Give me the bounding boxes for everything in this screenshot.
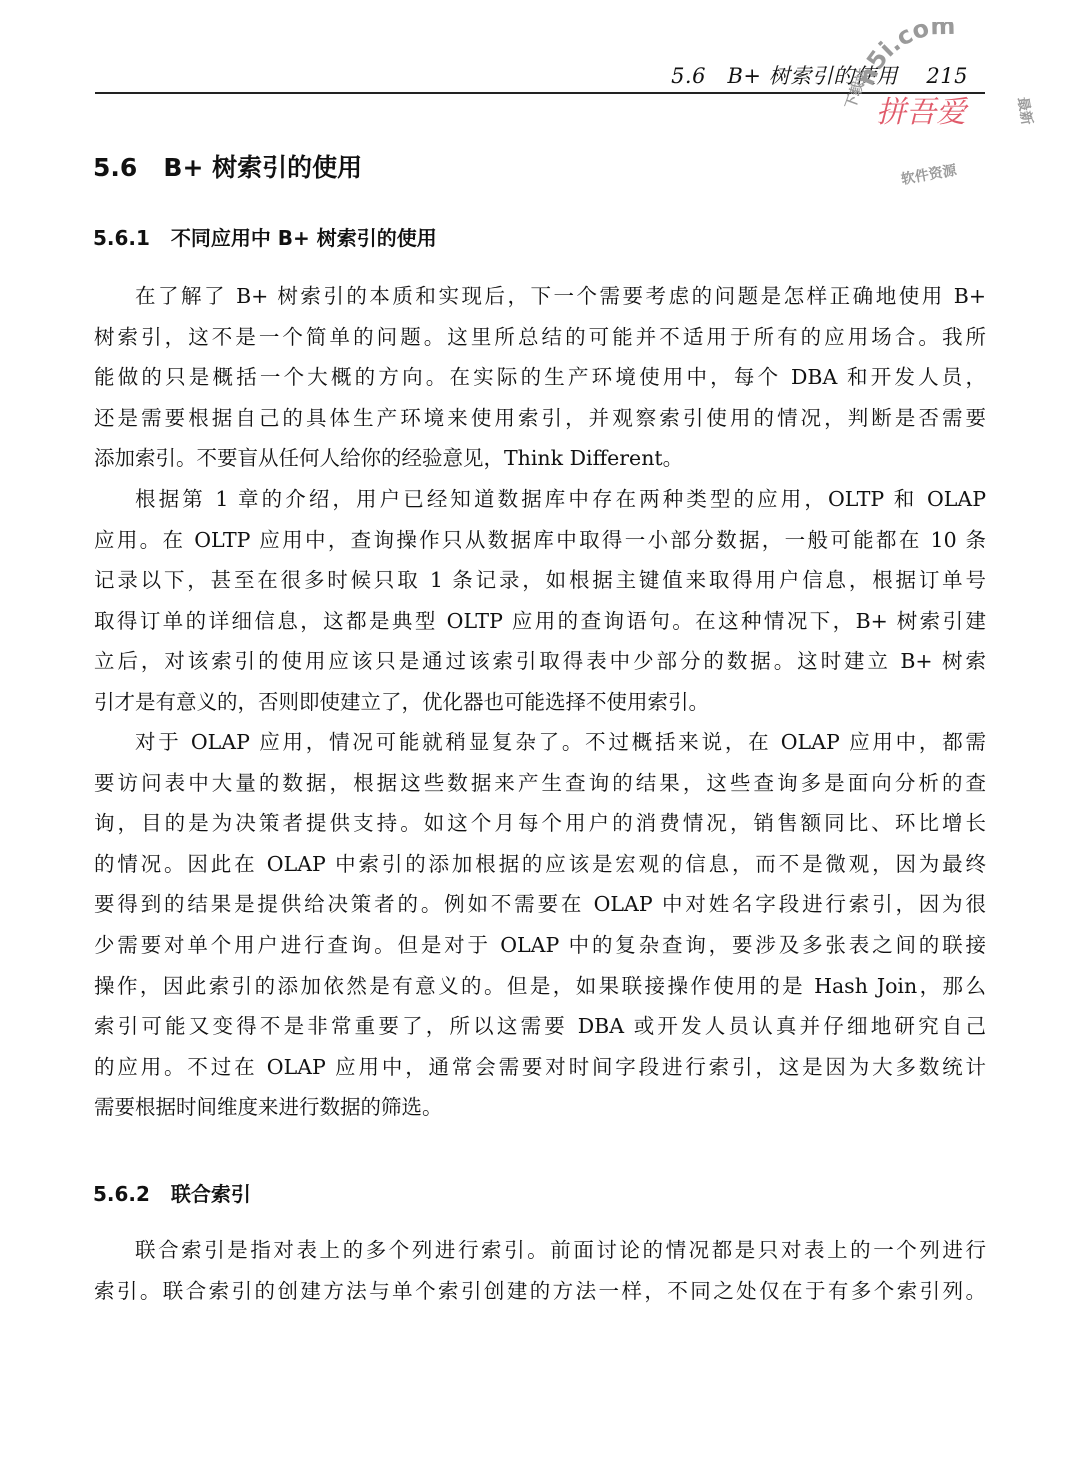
text-line: 询，目的是为决策者提供支持。如这个月每个用户的消费情况，销售额同比、环比增长	[94, 803, 986, 844]
text-line: 要访问表中大量的数据，根据这些数据来产生查询的结果，这些查询多是面向分析的查	[94, 763, 986, 804]
subsection-heading-1: 5.6.1 不同应用中 B+ 树索引的使用	[93, 222, 437, 251]
text-line: 少需要对单个用户进行查询。但是对于 OLAP 中的复杂查询，要涉及多张表之间的联…	[94, 925, 986, 966]
paragraph: 在了解了 B+ 树索引的本质和实现后，下一个需要考虑的问题是怎样正确地使用 B+…	[94, 276, 986, 479]
header-rule	[95, 92, 985, 94]
text-line: 取得订单的详细信息，这都是典型 OLTP 应用的查询语句。在这种情况下，B+ 树…	[94, 601, 986, 642]
text-line: 在了解了 B+ 树索引的本质和实现后，下一个需要考虑的问题是怎样正确地使用 B+	[94, 276, 986, 317]
watermark-stamp-icon: n5i.com 拼吾爱 下载站 最新 软件资源	[840, 22, 1040, 192]
subsection-title: 不同应用中 B+ 树索引的使用	[171, 226, 437, 250]
text-line: 记录以下，甚至在很多时候只取 1 条记录，如根据主键值来取得用户信息，根据订单号	[94, 560, 986, 601]
text-line: 应用。在 OLTP 应用中，查询操作只从数据库中取得一小部分数据，一般可能都在 …	[94, 520, 986, 561]
paragraph: 根据第 1 章的介绍，用户已经知道数据库中存在两种类型的应用，OLTP 和 OL…	[94, 479, 986, 723]
text-line: 立后，对该索引的使用应该只是通过该索引取得表中少部分的数据。这时建立 B+ 树索	[94, 641, 986, 682]
text-line: 索引。联合索引的创建方法与单个索引创建的方法一样，不同之处仅在于有多个索引列。	[94, 1271, 986, 1312]
subsection-title: 联合索引	[171, 1182, 251, 1206]
text-line: 要得到的结果是提供给决策者的。例如不需要在 OLAP 中对姓名字段进行索引，因为…	[94, 884, 986, 925]
paragraph: 联合索引是指对表上的多个列进行索引。前面讨论的情况都是只对表上的一个列进行 索引…	[94, 1230, 986, 1311]
text-line: 能做的只是概括一个大概的方向。在实际的生产环境使用中，每个 DBA 和开发人员，	[94, 357, 986, 398]
text-line: 索引可能又变得不是非常重要了，所以这需要 DBA 或开发人员认真并仔细地研究自己	[94, 1006, 986, 1047]
running-header: 5.6 B+ 树索引的使用 215	[671, 60, 968, 90]
text-line: 联合索引是指对表上的多个列进行索引。前面讨论的情况都是只对表上的一个列进行	[94, 1230, 986, 1271]
section-heading: 5.6 B+ 树索引的使用	[93, 148, 362, 184]
text-line: 的应用。不过在 OLAP 应用中，通常会需要对时间字段进行索引，这是因为大多数统…	[94, 1047, 986, 1088]
watermark-right-text: 最新	[1014, 96, 1036, 127]
watermark-center-text: 拼吾爱	[876, 95, 969, 130]
subsection-number: 5.6.1	[93, 226, 150, 250]
subsection-number: 5.6.2	[93, 1182, 150, 1206]
text-line: 需要根据时间维度来进行数据的筛选。	[94, 1087, 986, 1128]
text-line: 的情况。因此在 OLAP 中索引的添加根据的应该是宏观的信息，而不是微观，因为最…	[94, 844, 986, 885]
text-line: 根据第 1 章的介绍，用户已经知道数据库中存在两种类型的应用，OLTP 和 OL…	[94, 479, 986, 520]
text-line: 添加索引。不要盲从任何人给你的经验意见，Think Different。	[94, 438, 986, 479]
book-page: 5.6 B+ 树索引的使用 215 n5i.com 拼吾爱 下载站 最新 软件资…	[0, 0, 1080, 1478]
section-number: 5.6	[93, 153, 137, 182]
text-line: 对于 OLAP 应用，情况可能就稍显复杂了。不过概括来说，在 OLAP 应用中，…	[94, 722, 986, 763]
text-line: 引才是有意义的，否则即使建立了，优化器也可能选择不使用索引。	[94, 682, 986, 723]
page-number: 215	[926, 64, 968, 88]
text-line: 树索引，这不是一个简单的问题。这里所总结的可能并不适用于所有的应用场合。我所	[94, 317, 986, 358]
section-title: B+ 树索引的使用	[163, 153, 362, 182]
subsection-heading-2: 5.6.2 联合索引	[93, 1178, 251, 1207]
text-line: 操作，因此索引的添加依然是有意义的。但是，如果联接操作使用的是 Hash Joi…	[94, 966, 986, 1007]
running-title: 5.6 B+ 树索引的使用	[671, 64, 898, 88]
text-line: 还是需要根据自己的具体生产环境来使用索引，并观察索引使用的情况，判断是否需要	[94, 398, 986, 439]
paragraph: 对于 OLAP 应用，情况可能就稍显复杂了。不过概括来说，在 OLAP 应用中，…	[94, 722, 986, 1128]
watermark-bottom-text: 软件资源	[900, 161, 959, 188]
